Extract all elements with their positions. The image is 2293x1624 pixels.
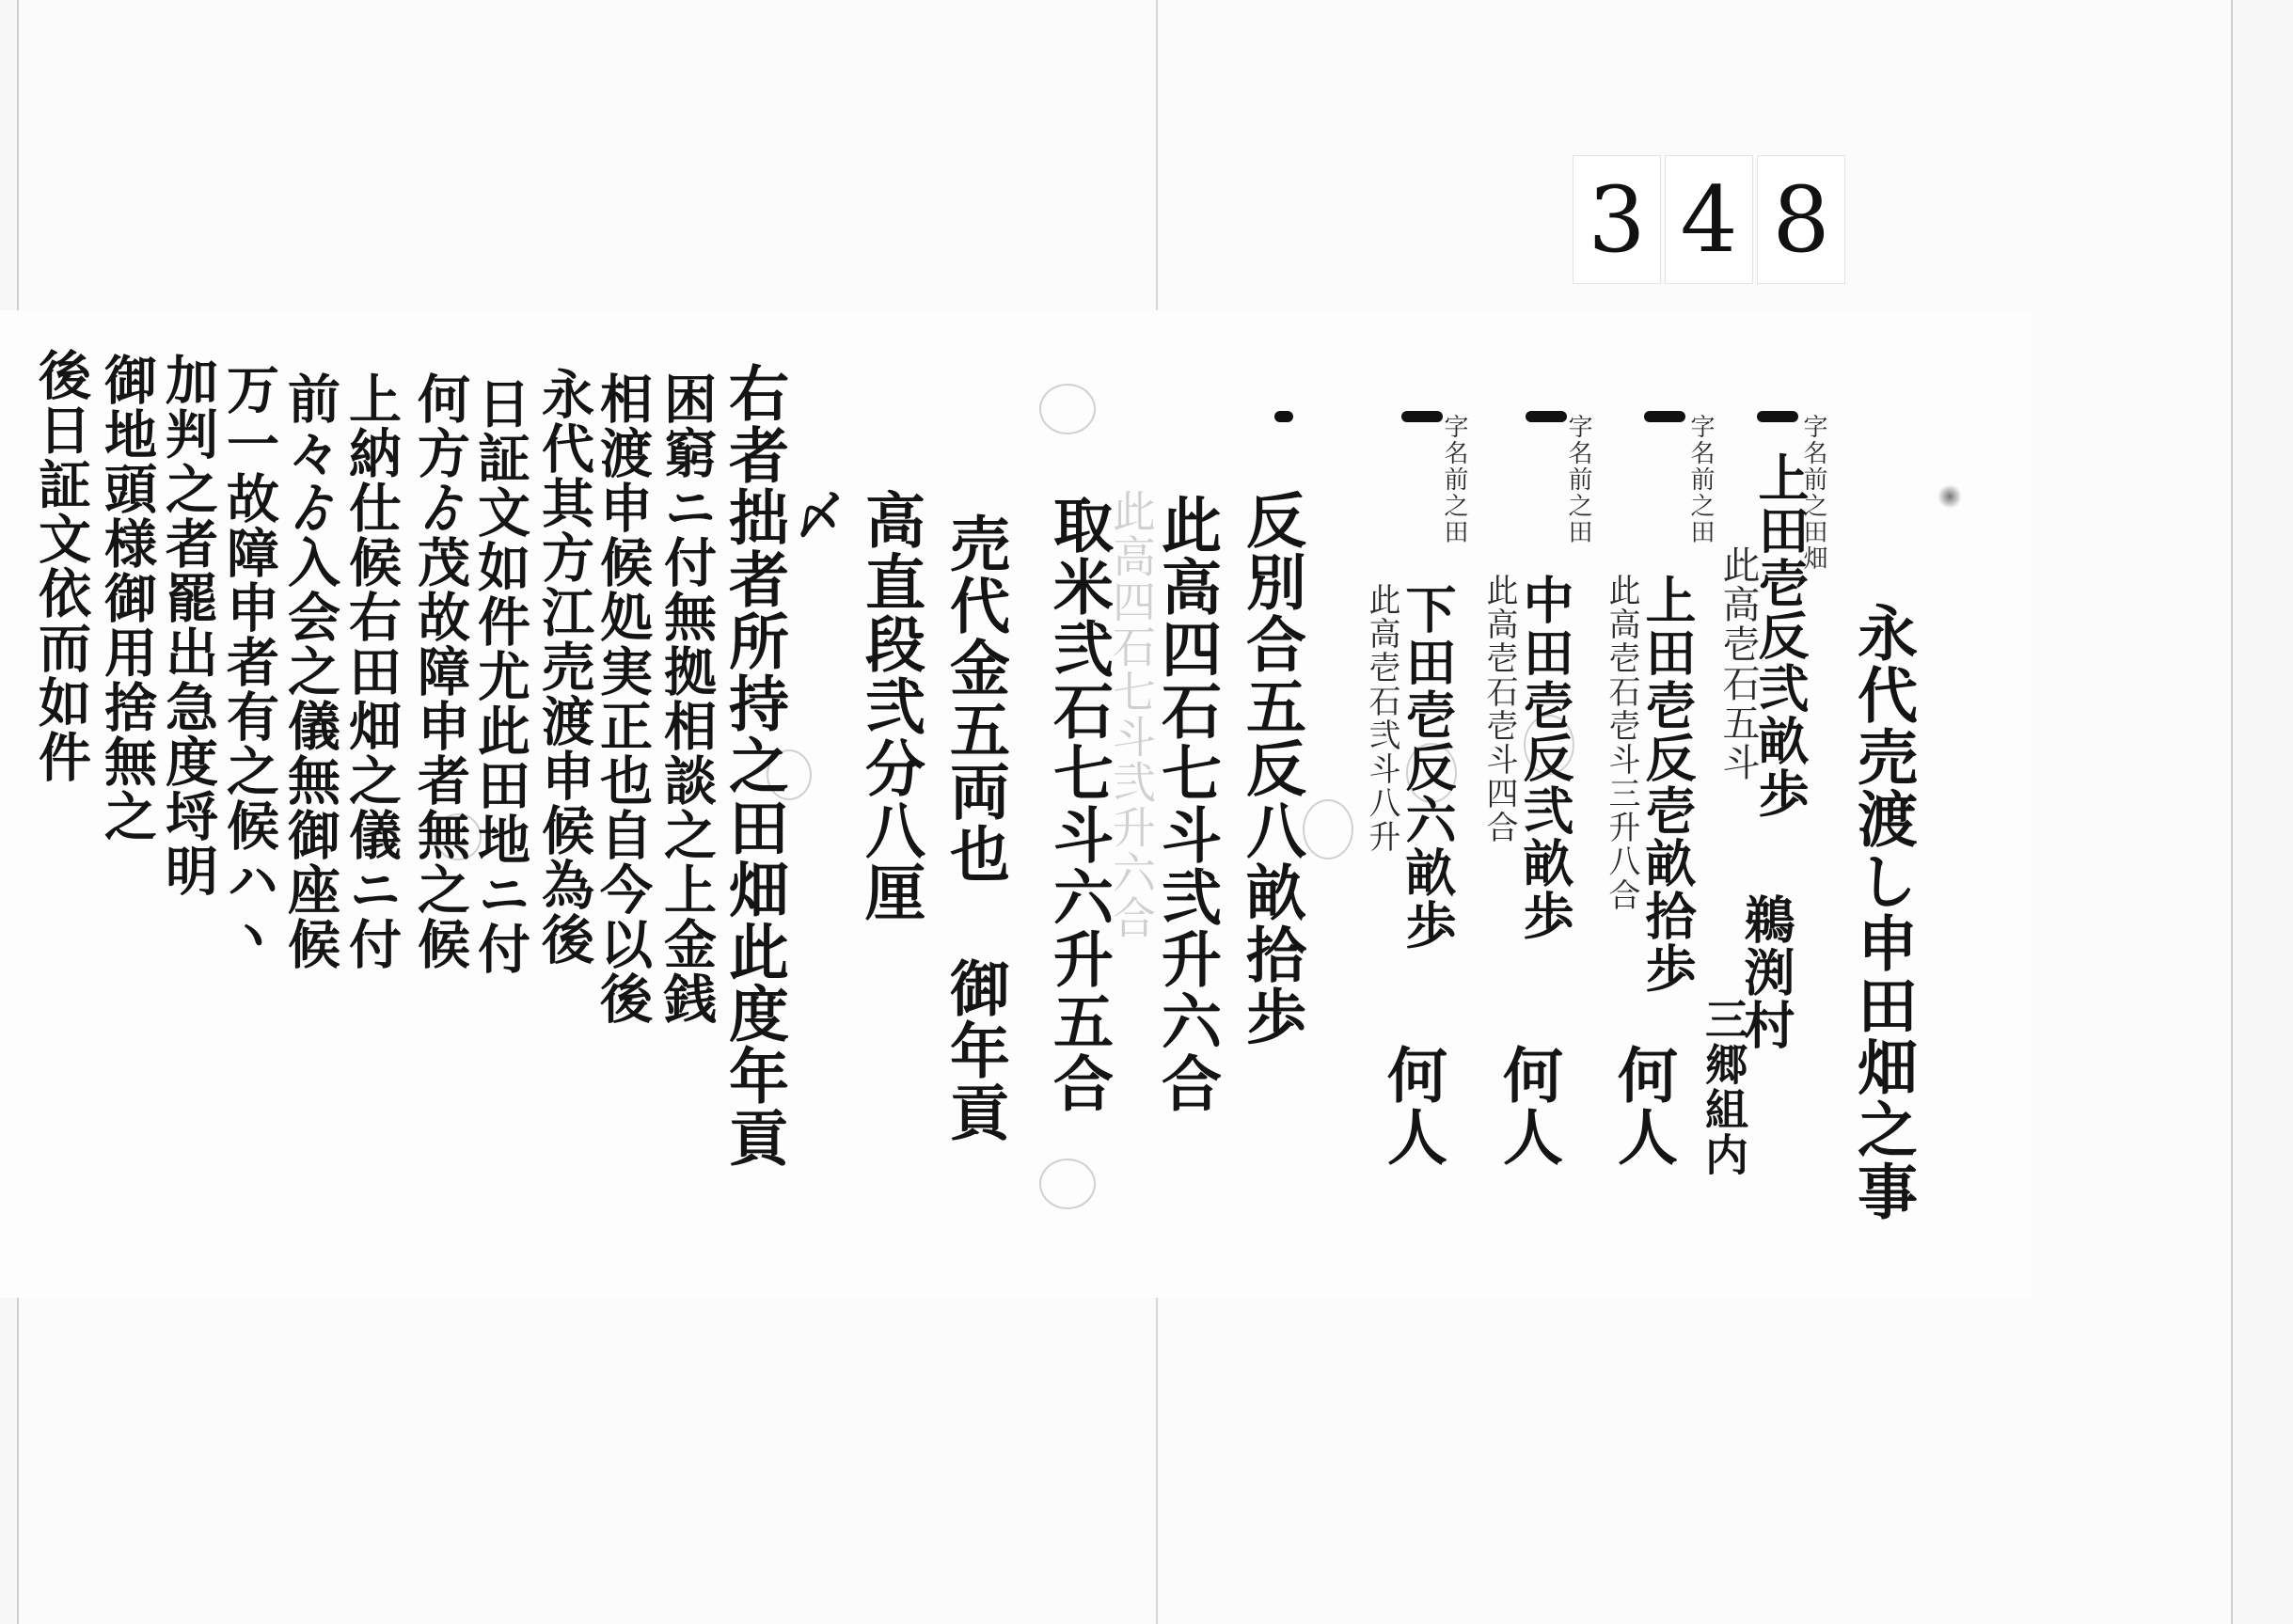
item-annotation: 字名前之田 [1561, 414, 1596, 545]
page-number-digit: 3 [1573, 155, 1661, 284]
signatory: 何人 [1368, 1044, 1455, 1168]
body-line: 何方ゟ茂故障申者無之候 [403, 371, 478, 971]
item-bullet [1757, 411, 1798, 422]
item-annotation: 字名前之田 [1684, 414, 1718, 545]
seal-stamp [1039, 1159, 1096, 1209]
body-line: 永代其方江売渡申候為後 [527, 367, 602, 967]
tax-rate: 高直段弐分八厘 [846, 489, 933, 923]
body-line: 後日証文依而如件 [24, 348, 99, 784]
item-bullet [1274, 411, 1293, 422]
item-bullet [1644, 411, 1685, 422]
sale-price: 売代金五両也 御年貢 [931, 512, 1018, 1143]
item-annotation: 字名前之田 [1437, 414, 1472, 545]
village-detail: 三郷組内 [1693, 997, 1755, 1177]
scan-edge-right [2231, 0, 2233, 1624]
body-line: 困窮ニ付無拠相談之上金銭 [649, 371, 724, 1026]
item-value: 此高壱石五斗 [1712, 545, 1765, 782]
signatory: 何人 [1484, 1044, 1571, 1168]
item-value: 此高壱石壱斗四合 [1477, 574, 1523, 844]
document-title: 永代売渡し申田畑之事 [1839, 602, 1925, 1222]
ink-smudge [1937, 484, 1962, 509]
total-rice: 取米弐石七斗六升五合 [1035, 494, 1121, 1114]
body-line: 御地頭様御用捨無之 [89, 353, 165, 844]
page-number-stamp: 3 4 8 [1573, 155, 1845, 284]
page-number-digit: 8 [1757, 155, 1845, 284]
signatory: 何人 [1599, 1044, 1685, 1168]
total-area: 反別合五反八畝拾歩 [1227, 489, 1314, 1048]
item-value: 此高壱石弐斗八升 [1359, 583, 1405, 854]
page-number-digit: 4 [1665, 155, 1753, 284]
item-value: 此高壱石壱斗三升八合 [1599, 574, 1645, 912]
seal-stamp [1039, 384, 1096, 434]
